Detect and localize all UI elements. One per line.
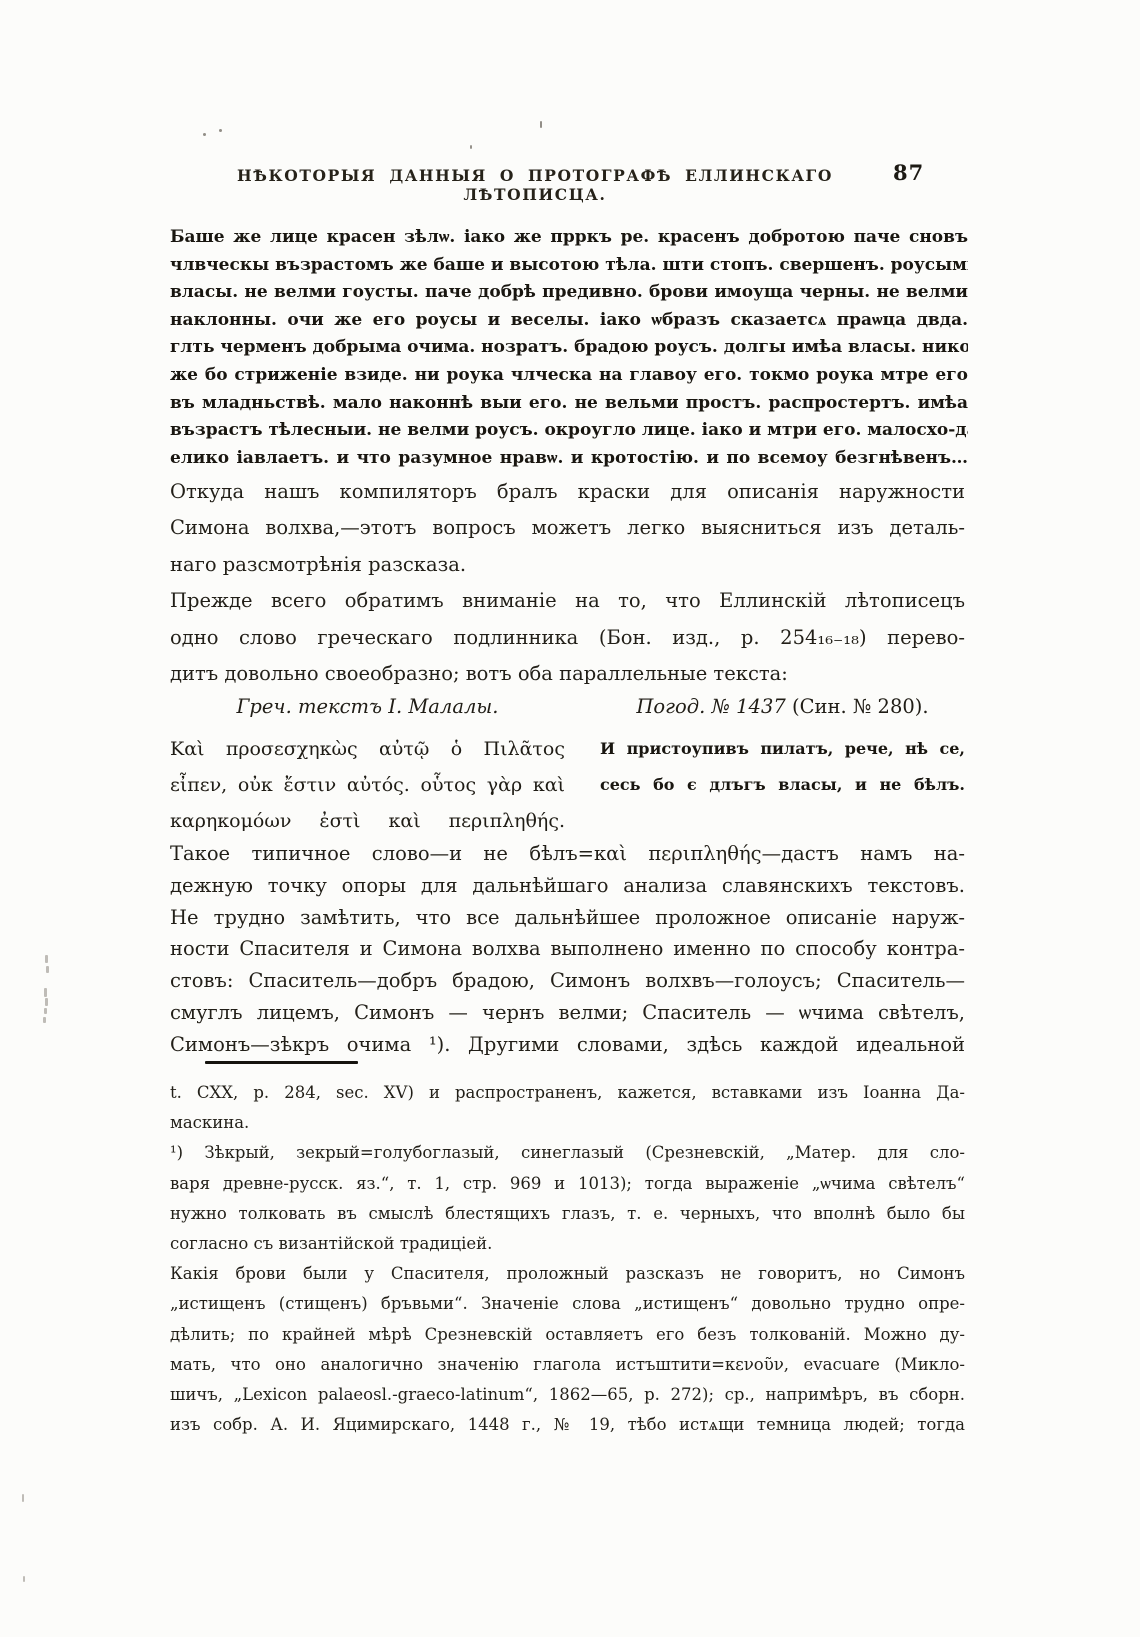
margin-tick	[22, 1494, 24, 1502]
greek-line: καρηκομόων ἐστὶ καὶ περιπληθής.	[170, 803, 565, 839]
footnote-line: мать, что оно аналогично значенію глагол…	[170, 1350, 965, 1380]
scanned-page: НѢКОТОРЫЯ ДАННЫЯ О ПРОТОГРАФѢ ЕЛЛИНСКАГО…	[0, 0, 1140, 1637]
paragraph-origin-of-colors: Откуда нашъ компиляторъ бралъ краски для…	[170, 474, 965, 583]
footnote-line: дѣлить; по крайней мѣрѣ Срезневскій оста…	[170, 1320, 965, 1350]
body-line: дитъ довольно своеобразно; вотъ оба пара…	[170, 656, 965, 692]
body-line: смуглъ лицемъ, Симонъ — чернъ велми; Спа…	[170, 997, 965, 1029]
slavonic-line: же бо стриженіе взиде. ни роука члческа …	[170, 362, 968, 390]
slavonic-text: И пристоупивъ пилатъ, рече, нѣ се,сесь б…	[600, 731, 965, 803]
footnote-line: изъ собр. А. И. Яцимирскаго, 1448 г., № …	[170, 1410, 965, 1440]
paragraph-one-word-translation: Прежде всего обратимъ вниманіе на то, чт…	[170, 583, 965, 692]
greek-line: εἶπεν, οὐκ ἔστιν αὐτός. οὗτος γὰρ καὶ	[170, 767, 565, 803]
margin-tick	[23, 1576, 25, 1582]
slavonic-column-header: Погод. № 1437 (Син. № 280).	[600, 690, 965, 724]
slavonic-excerpt: Баше же лице красен зѣлѡ. іако же прркъ …	[170, 224, 968, 472]
footnote-line: нужно толковать въ смыслѣ блестящихъ гла…	[170, 1199, 965, 1229]
slavonic-line: елико іавлаетъ. и что разумное нравѡ. и …	[170, 445, 968, 473]
body-line: стовъ: Спаситель—добръ брадою, Симонъ во…	[170, 965, 965, 997]
footnote-line: ¹) Зѣкрый, зекрый=голубоглазый, синеглаз…	[170, 1138, 965, 1168]
margin-tick	[46, 966, 49, 973]
body-line: Откуда нашъ компиляторъ бралъ краски для…	[170, 474, 965, 510]
footnote-1-second-paragraph: Какія брови были у Спасителя, проложный …	[170, 1259, 965, 1440]
slavonic-line: наклонны. очи же его роусы и веселы. іак…	[170, 307, 968, 335]
body-line: Симонъ—зѣкръ очима ¹). Другими словами, …	[170, 1029, 965, 1061]
body-text: Откуда нашъ компиляторъ бралъ краски для…	[170, 474, 965, 692]
body-line: Такое типичное слово—и не бѣлъ=καὶ περιπ…	[170, 838, 965, 870]
scan-speck	[540, 121, 542, 128]
footnotes: t. CXX, p. 284, sec. XV) и распространен…	[170, 1078, 965, 1440]
page-number: 87	[893, 160, 924, 185]
slavonic-column-line: сесь бо є длъгъ власы, и не бѣлъ.	[600, 767, 965, 803]
page-title: НѢКОТОРЫЯ ДАННЫЯ О ПРОТОГРАФѢ ЕЛЛИНСКАГО…	[237, 166, 833, 204]
greek-column-header: Греч. текстъ І. Малалы.	[170, 690, 565, 724]
margin-tick	[44, 1008, 47, 1014]
margin-tick	[45, 955, 48, 963]
body-line: ности Спасителя и Симона волхва выполнен…	[170, 933, 965, 965]
footnote-1: ¹) Зѣкрый, зекрый=голубоглазый, синеглаз…	[170, 1138, 965, 1259]
footnote-line: варя древне-русск. яз.“, т. 1, стр. 969 …	[170, 1169, 965, 1199]
scan-speck	[203, 133, 206, 136]
slavonic-line: възрастъ тѣлесныи. не велми роусъ. окроу…	[170, 417, 968, 445]
slavonic-line: власы. не велми гоусты. паче добрѣ преди…	[170, 279, 968, 307]
body-line: Прежде всего обратимъ вниманіе на то, чт…	[170, 583, 965, 619]
footnote-continuation: t. CXX, p. 284, sec. XV) и распространен…	[170, 1078, 965, 1138]
slavonic-line: Баше же лице красен зѣлѡ. іако же прркъ …	[170, 224, 968, 252]
body-line: дежную точку опоры для дальнѣйшаго анали…	[170, 870, 965, 902]
body-line: Не трудно замѣтить, что все дальнѣйшее п…	[170, 902, 965, 934]
slavonic-line: глть черменъ добрыма очима. нозратъ. бра…	[170, 334, 968, 362]
margin-tick	[44, 988, 47, 997]
footnote-line: „истищенъ (стищенъ) бръвьми“. Значеніе с…	[170, 1289, 965, 1319]
slavonic-line: члвческы възрастомъ же баше и высотою тѣ…	[170, 252, 968, 280]
slavonic-column: Погод. № 1437 (Син. № 280). И пристоупив…	[600, 690, 965, 839]
manuscript-sigla-italic: Погод. № 1437	[636, 695, 785, 718]
parallel-texts-table: Греч. текстъ І. Малалы. Καὶ προσεσχηκὼς …	[170, 690, 965, 839]
scan-speck	[219, 129, 222, 132]
margin-tick	[45, 998, 48, 1006]
greek-column: Греч. текстъ І. Малалы. Καὶ προσεσχηκὼς …	[170, 690, 565, 839]
greek-text: Καὶ προσεσχηκὼς αὐτῷ ὁ Πιλᾶτοςεἶπεν, οὐκ…	[170, 731, 565, 839]
running-header: НѢКОТОРЫЯ ДАННЫЯ О ПРОТОГРАФѢ ЕЛЛИНСКАГО…	[170, 166, 900, 204]
slavonic-column-line: И пристоупивъ пилатъ, рече, нѣ се,	[600, 731, 965, 767]
scan-speck	[470, 145, 472, 149]
body-line: одно слово греческаго подлинника (Бон. и…	[170, 620, 965, 656]
footnote-separator-rule	[205, 1061, 358, 1064]
footnote-line: согласно съ византійской традиціей.	[170, 1229, 965, 1259]
paragraph-contrasts-analysis: Такое типичное слово—и не бѣлъ=καὶ περιπ…	[170, 838, 965, 1061]
greek-line: Καὶ προσεσχηκὼς αὐτῷ ὁ Πιλᾶτος	[170, 731, 565, 767]
manuscript-sigla-roman: (Син. № 280).	[786, 695, 929, 718]
footnote-line: маскина.	[170, 1108, 965, 1138]
body-line: наго разсмотрѣнія разсказа.	[170, 547, 965, 583]
footnote-line: Какія брови были у Спасителя, проложный …	[170, 1259, 965, 1289]
slavonic-line: въ младньствѣ. мало наконнѣ выи его. не …	[170, 390, 968, 418]
margin-tick	[43, 1017, 46, 1023]
body-line: Симона волхва,—этотъ вопросъ можетъ легк…	[170, 510, 965, 546]
footnote-line: t. CXX, p. 284, sec. XV) и распространен…	[170, 1078, 965, 1108]
footnote-line: шичъ, „Lexicon palaeosl.-graeco-latinum“…	[170, 1380, 965, 1410]
